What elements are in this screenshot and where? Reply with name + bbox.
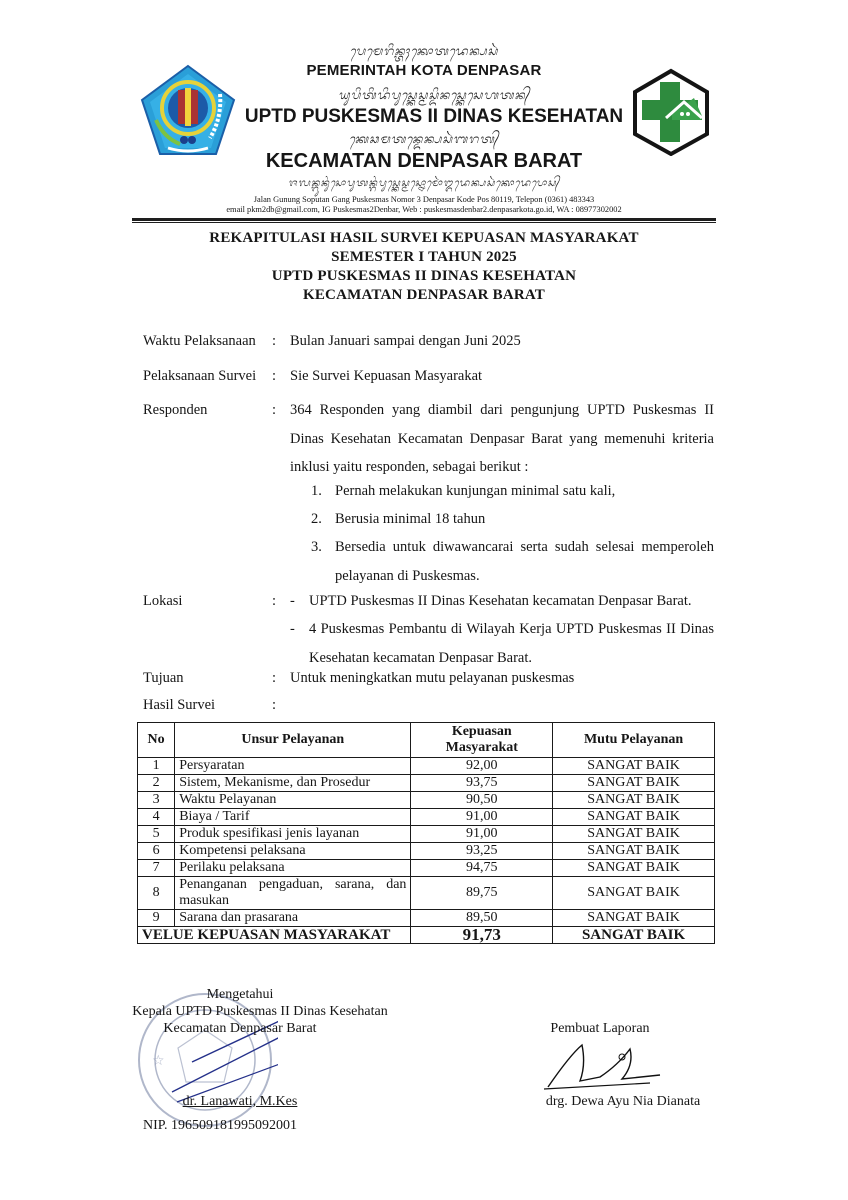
row-unsur: Biaya / Tarif	[175, 809, 411, 826]
row-unsur: Sarana dan prasarana	[175, 910, 411, 927]
lokasi-item: UPTD Puskesmas II Dinas Kesehatan kecama…	[309, 587, 714, 616]
separator: :	[272, 593, 276, 610]
row-unsur: Sistem, Mekanisme, dan Prosedur	[175, 775, 411, 792]
balinese-script-line: ᬬᬸᬧᬶᬢᬶᬤᬶᬧᬸᬲ᭄ᬓᬾᬲ᭄ᬫᬲ᭄ᬤᬶᬦᬲ᭄ᬓᬾᬲᬾᬳᬢᬦ᭄	[0, 86, 848, 108]
responden-label: Responden	[143, 402, 207, 419]
report-subtitle-semester: SEMESTER I TAHUN 2025	[0, 249, 848, 266]
separator: :	[272, 402, 276, 419]
row-mutu: SANGAT BAIK	[553, 860, 715, 877]
row-number: 2	[138, 775, 175, 792]
district-name: KECAMATAN DENPASAR BARAT	[0, 150, 848, 173]
table-row: 9Sarana dan prasarana89,50SANGAT BAIK	[138, 910, 715, 927]
criteria-number: 1.	[311, 483, 322, 500]
lokasi-label: Lokasi	[143, 593, 182, 610]
row-unsur: Produk spesifikasi jenis layanan	[175, 826, 411, 843]
row-number: 9	[138, 910, 175, 927]
row-unsur: Kompetensi pelaksana	[175, 843, 411, 860]
table-body: 1Persyaratan92,00SANGAT BAIK2Sistem, Mek…	[138, 758, 715, 927]
head-district: Kecamatan Denpasar Barat	[120, 1021, 360, 1037]
address-line: Jalan Gunung Soputan Gang Puskesmas Nomo…	[0, 195, 848, 205]
table-header-row: No Unsur Pelayanan Kepuasan Masyarakat M…	[138, 723, 715, 758]
report-title: REKAPITULASI HASIL SURVEI KEPUASAN MASYA…	[0, 230, 848, 247]
header-mutu: Mutu Pelayanan	[553, 723, 715, 758]
table-row: 2Sistem, Mekanisme, dan Prosedur93,75SAN…	[138, 775, 715, 792]
total-mutu: SANGAT BAIK	[553, 927, 715, 944]
row-mutu: SANGAT BAIK	[553, 877, 715, 910]
row-kepuasan: 89,50	[411, 910, 553, 927]
lokasi-item: 4 Puskesmas Pembantu di Wilayah Kerja UP…	[309, 615, 714, 672]
table-row: 8Penanganan pengaduan, sarana, dan masuk…	[138, 877, 715, 910]
total-label: VELUE KEPUASAN MASYARAKAT	[138, 927, 411, 944]
survey-results-table: No Unsur Pelayanan Kepuasan Masyarakat M…	[137, 722, 715, 944]
tujuan-value: Untuk meningkatkan mutu pelayanan puskes…	[290, 670, 574, 687]
row-number: 4	[138, 809, 175, 826]
row-kepuasan: 91,00	[411, 826, 553, 843]
row-mutu: SANGAT BAIK	[553, 826, 715, 843]
separator: :	[272, 697, 276, 714]
row-unsur: Persyaratan	[175, 758, 411, 775]
letterhead-divider	[132, 218, 716, 221]
balinese-script-line: ᬧᬾᬫᬾᬭᬶᬦ᭄ᬢᬄᬓᭀᬢᬤᬾᬦ᭄ᬧᬲᬃ	[0, 42, 848, 64]
institution-name: UPTD PUSKESMAS II DINAS KESEHATAN	[0, 106, 848, 128]
row-mutu: SANGAT BAIK	[553, 792, 715, 809]
row-kepuasan: 92,00	[411, 758, 553, 775]
bullet-dash: -	[290, 621, 295, 638]
row-number: 5	[138, 826, 175, 843]
table-row: 4Biaya / Tarif91,00SANGAT BAIK	[138, 809, 715, 826]
table-row: 7Perilaku pelaksana94,75SANGAT BAIK	[138, 860, 715, 877]
pelaksana-value: Sie Survei Kepuasan Masyarakat	[290, 368, 482, 385]
row-unsur: Waktu Pelayanan	[175, 792, 411, 809]
row-number: 3	[138, 792, 175, 809]
separator: :	[272, 333, 276, 350]
row-kepuasan: 94,75	[411, 860, 553, 877]
waktu-value: Bulan Januari sampai dengan Juni 2025	[290, 333, 521, 350]
table-total-row: VELUE KEPUASAN MASYARAKAT 91,73 SANGAT B…	[138, 927, 715, 944]
row-mutu: SANGAT BAIK	[553, 775, 715, 792]
pelaksana-label: Pelaksanaan Survei	[143, 368, 256, 385]
balinese-script-line: ᬓᬾᬘᬫᬢᬦ᭄ᬤᬾᬦ᭄ᬧᬲᬃᬩᬭᬢ᭄	[0, 130, 848, 152]
criteria-number: 2.	[311, 511, 322, 528]
bullet-dash: -	[290, 593, 295, 610]
row-number: 1	[138, 758, 175, 775]
total-kepuasan: 91,73	[411, 927, 553, 944]
table-row: 6Kompetensi pelaksana93,25SANGAT BAIK	[138, 843, 715, 860]
responden-description: 364 Responden yang diambil dari pengunju…	[290, 396, 714, 482]
hasil-label: Hasil Survei	[143, 697, 215, 714]
head-name: dr. Lanawati, M.Kes	[140, 1094, 340, 1110]
row-mutu: SANGAT BAIK	[553, 809, 715, 826]
header-no: No	[138, 723, 175, 758]
row-mutu: SANGAT BAIK	[553, 758, 715, 775]
separator: :	[272, 368, 276, 385]
row-number: 8	[138, 877, 175, 910]
row-number: 6	[138, 843, 175, 860]
row-kepuasan: 93,75	[411, 775, 553, 792]
row-unsur: Penanganan pengaduan, sarana, dan masuka…	[175, 877, 411, 910]
header-unsur: Unsur Pelayanan	[175, 723, 411, 758]
row-number: 7	[138, 860, 175, 877]
separator: :	[272, 670, 276, 687]
report-subtitle-district: KECAMATAN DENPASAR BARAT	[0, 287, 848, 304]
criteria-item: Berusia minimal 18 tahun	[335, 511, 485, 528]
table-row: 5Produk spesifikasi jenis layanan91,00SA…	[138, 826, 715, 843]
government-name: PEMERINTAH KOTA DENPASAR	[0, 62, 848, 79]
criteria-number: 3.	[311, 539, 322, 556]
table-row: 1Persyaratan92,00SANGAT BAIK	[138, 758, 715, 775]
row-kepuasan: 89,75	[411, 877, 553, 910]
balinese-script-line: ᬚᬮᬦ᭄ᬕᬸᬦᬸᬂᬲᭀᬧᬸᬢᬦ᭄ᬕᬂᬧᬸᬲ᭄ᬓᬾᬲ᭄ᬫᬲ᭄ᬦᭀᬫᭀᬃ᭓ᬤᬾᬦ᭄ᬧ…	[0, 176, 848, 194]
table-row: 3Waktu Pelayanan90,50SANGAT BAIK	[138, 792, 715, 809]
tujuan-label: Tujuan	[143, 670, 184, 687]
contact-line: email pkm2db@gmail.com, IG Puskesmas2Den…	[0, 205, 848, 215]
row-kepuasan: 90,50	[411, 792, 553, 809]
reporter-name: drg. Dewa Ayu Nia Dianata	[528, 1094, 718, 1110]
acknowledged-label: Mengetahui	[160, 987, 320, 1003]
head-title: Kepala UPTD Puskesmas II Dinas Kesehatan	[100, 1004, 420, 1020]
criteria-item: Bersedia untuk diwawancarai serta sudah …	[335, 533, 714, 590]
letterhead-divider-thin	[132, 222, 716, 223]
reporter-signature-icon	[540, 1035, 670, 1095]
row-kepuasan: 93,25	[411, 843, 553, 860]
svg-text:☆: ☆	[152, 1053, 165, 1069]
header-kepuasan: Kepuasan Masyarakat	[411, 723, 553, 758]
waktu-label: Waktu Pelaksanaan	[143, 333, 256, 350]
head-nip: NIP. 196509181995092001	[110, 1118, 330, 1134]
row-mutu: SANGAT BAIK	[553, 910, 715, 927]
row-unsur: Perilaku pelaksana	[175, 860, 411, 877]
row-kepuasan: 91,00	[411, 809, 553, 826]
row-mutu: SANGAT BAIK	[553, 843, 715, 860]
report-subtitle-institution: UPTD PUSKESMAS II DINAS KESEHATAN	[0, 268, 848, 285]
criteria-item: Pernah melakukan kunjungan minimal satu …	[335, 483, 615, 500]
address-block: Jalan Gunung Soputan Gang Puskesmas Nomo…	[0, 195, 848, 215]
